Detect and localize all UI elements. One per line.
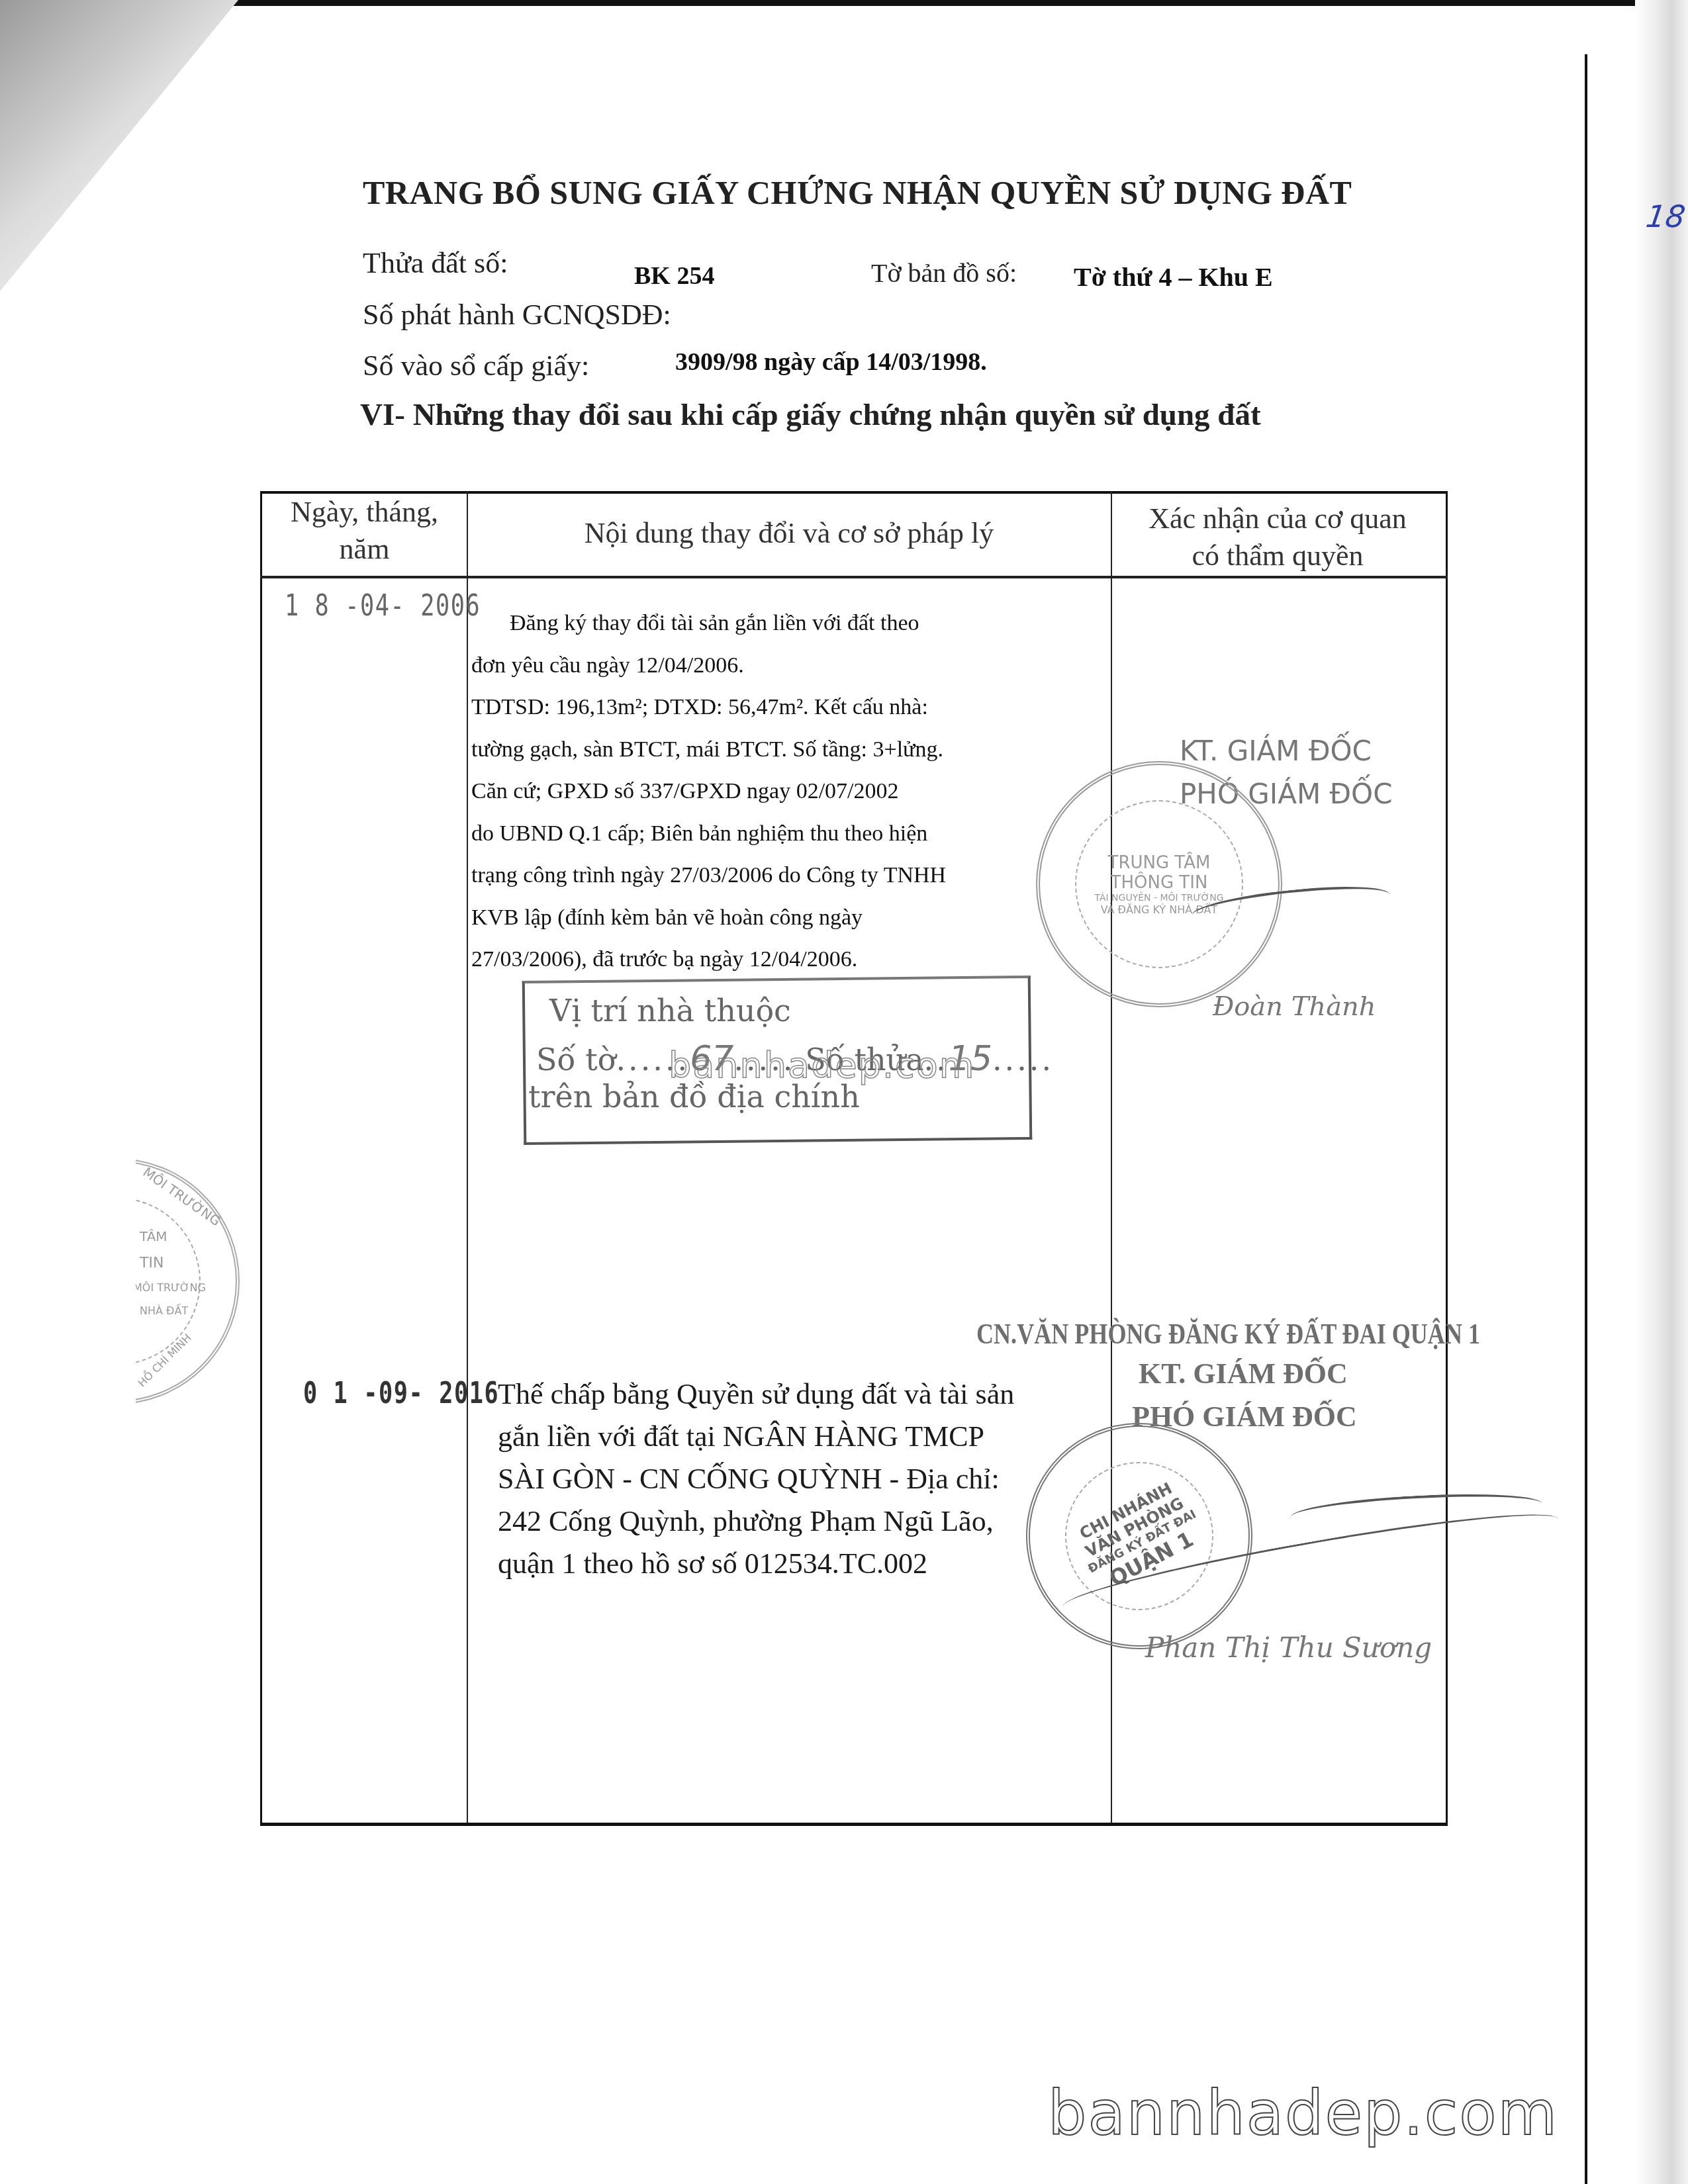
location-stamp-line1: Vị trí nhà thuộc: [549, 993, 791, 1028]
row-date: 1 8 -04- 2006: [285, 589, 481, 623]
watermark: bannhadep.com: [669, 1044, 975, 1086]
handwritten-page-number: 18: [1644, 199, 1687, 234]
row-content: Thế chấp bằng Quyền sử dụng đất và tài s…: [498, 1373, 1107, 1585]
header-divider: [260, 576, 1448, 578]
map-sheet-label: Tờ bản đồ số:: [871, 257, 1017, 289]
column-divider: [467, 491, 468, 1823]
margin-seal-mask: [0, 1125, 136, 1430]
parcel-label: Thửa đất số:: [363, 246, 508, 280]
authority-title: KT. GIÁM ĐỐC: [1139, 1357, 1348, 1390]
signer-name: Phan Thị Thu Sương: [1145, 1631, 1432, 1664]
watermark: bannhadep.com: [1048, 2078, 1558, 2149]
row-content: Đăng ký thay đổi tài sản gắn liền với đấ…: [471, 602, 1107, 981]
section-heading: VI- Những thay đổi sau khi cấp giấy chứn…: [360, 397, 1261, 433]
header-confirmation: Xác nhận của cơ quan có thẩm quyền: [1112, 500, 1443, 574]
authority-title: KT. GIÁM ĐỐC: [1180, 735, 1372, 767]
scan-right-shadow: [1635, 0, 1688, 2184]
header-date: Ngày, tháng, năm: [263, 494, 465, 568]
register-value: 3909/98 ngày cấp 14/03/1998.: [675, 347, 987, 377]
scan-top-edge: [0, 0, 1688, 6]
header-content: Nội dung thay đổi và cơ sở pháp lý: [468, 515, 1110, 552]
register-label: Số vào sổ cấp giấy:: [363, 349, 589, 383]
issue-number-label: Số phát hành GCNQSDĐ:: [363, 298, 671, 332]
row-date: 0 1 -09- 2016: [303, 1377, 499, 1410]
page-margin-rule: [1585, 54, 1587, 2184]
registration-office: CN.VĂN PHÒNG ĐĂNG KÝ ĐẤT ĐAI QUẬN 1: [976, 1317, 1480, 1351]
document-title: TRANG BỔ SUNG GIẤY CHỨNG NHẬN QUYỀN SỬ D…: [363, 173, 1352, 212]
signer-name: Đoàn Thành: [1213, 991, 1376, 1022]
official-seal: TRUNG TÂM THÔNG TIN TÀI NGUYÊN - MÔI TRƯ…: [1036, 761, 1282, 1007]
folded-corner: [0, 0, 238, 291]
map-sheet-value: Tờ thứ 4 – Khu E: [1074, 261, 1273, 293]
parcel-value: BK 254: [634, 261, 714, 291]
